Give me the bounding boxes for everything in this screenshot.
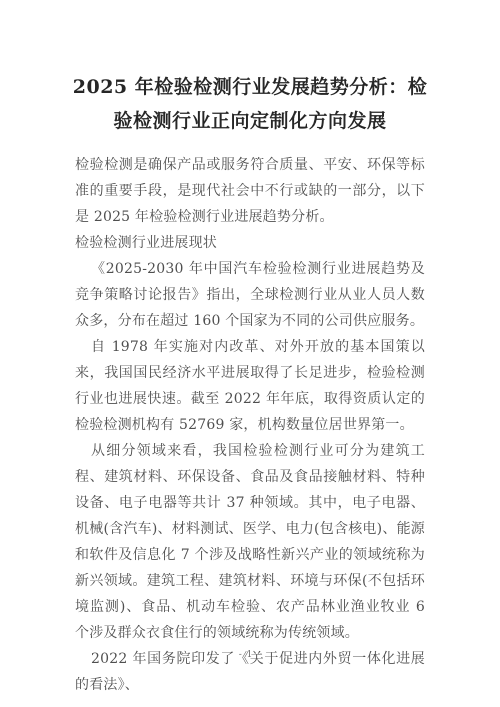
document-title: 2025 年检验检测行业发展趋势分析：检验检测行业正向定制化方向发展 [69,70,431,138]
paragraph-industry-growth: 自 1978 年实施对内改革、对外开放的基本国策以来，我国国民经济水平进展取得了… [75,334,425,438]
paragraph-report-quote: 《2025-2030 年中国汽车检验检测行业进展趋势及竞争策略讨论报告》指出，全… [75,256,425,334]
page-number: - 1 - [0,650,500,660]
document-body: 检验检测是确保产品或服务符合质量、平安、环保等标准的重要手段，是现代社会中不行或… [75,152,425,698]
paragraph-subfields: 从细分领域来看，我国检验检测行业可分为建筑工程、建筑材料、环保设备、食品及食品接… [75,438,425,646]
document-page: 2025 年检验检测行业发展趋势分析：检验检测行业正向定制化方向发展 检验检测是… [0,0,500,707]
intro-paragraph: 检验检测是确保产品或服务符合质量、平安、环保等标准的重要手段，是现代社会中不行或… [75,152,425,230]
section-heading: 检验检测行业进展现状 [75,230,425,256]
